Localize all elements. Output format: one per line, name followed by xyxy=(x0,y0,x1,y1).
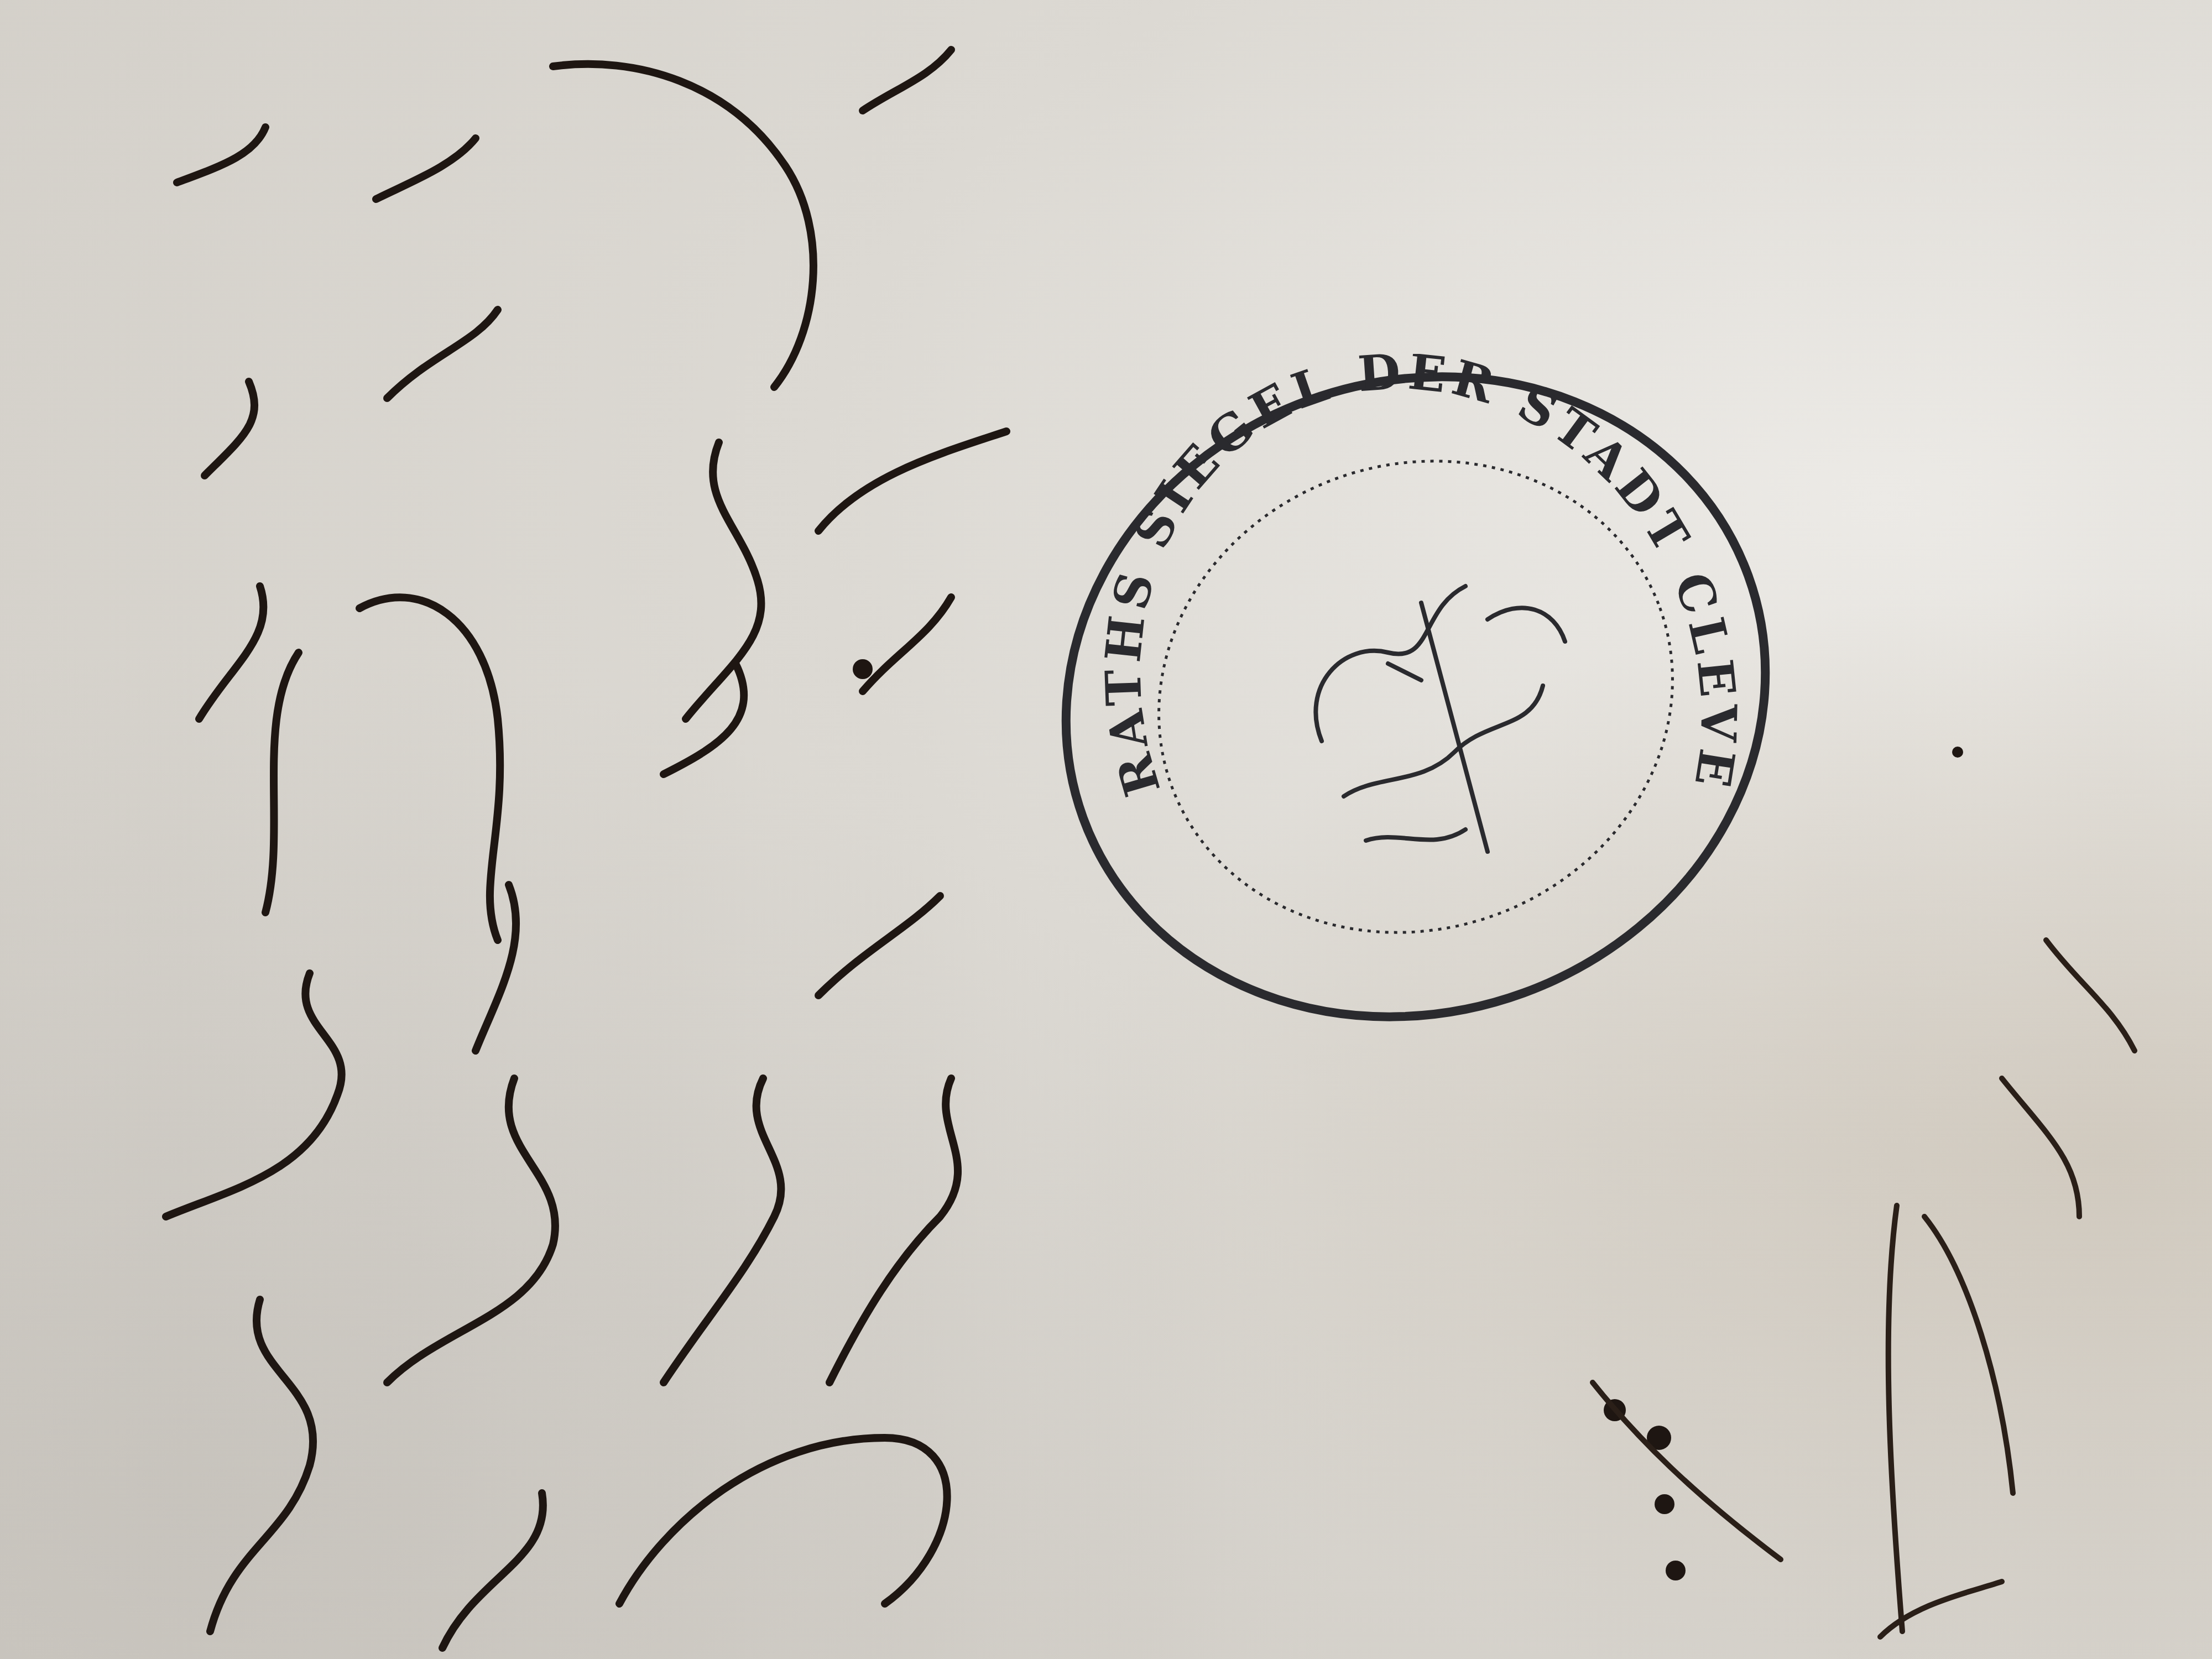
official-seal-stamp: RATHS SIEGEL DER STADT CLEVE xyxy=(1034,354,1797,1040)
heraldic-emblem-icon xyxy=(1316,586,1565,852)
seal-graphic: RATHS SIEGEL DER STADT CLEVE xyxy=(1034,354,1797,1040)
